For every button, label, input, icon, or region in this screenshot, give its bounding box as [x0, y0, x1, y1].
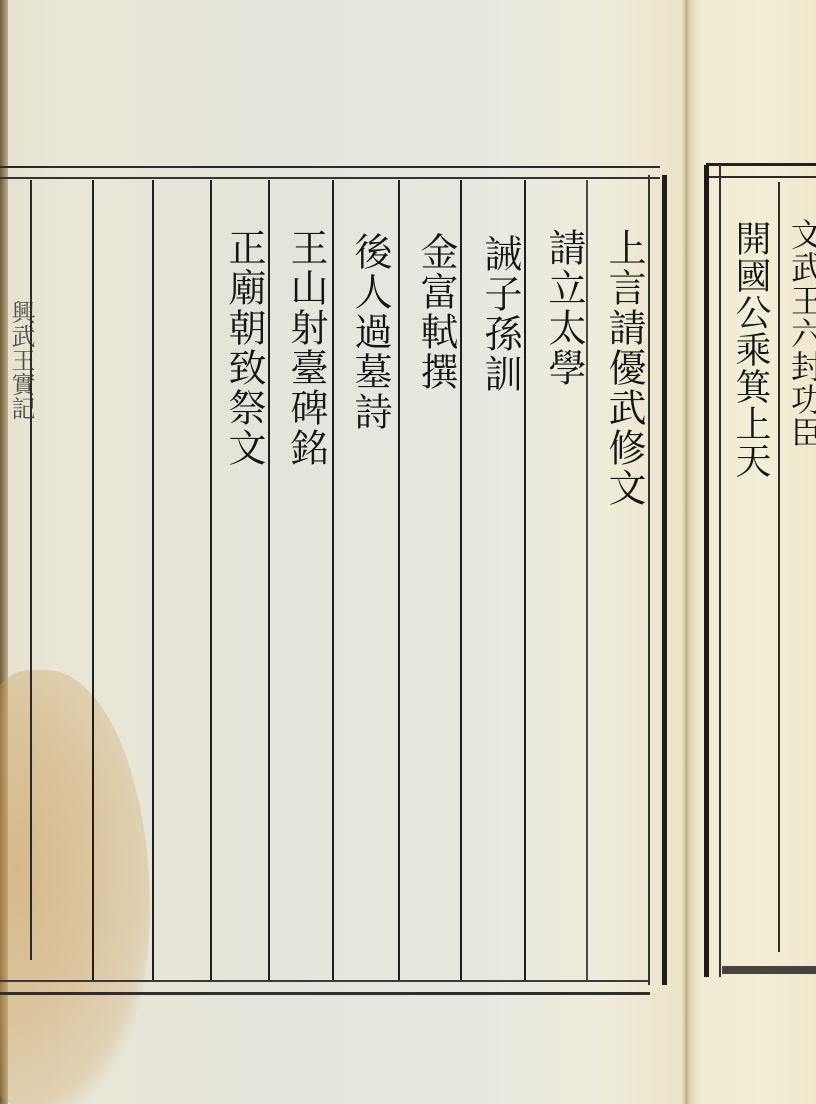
frame-border-bottom — [0, 980, 650, 995]
text-column-2: 請立太學 — [536, 228, 592, 388]
text-column-3: 誡子孫訓 — [472, 234, 528, 394]
text-column-7: 正廟朝致祭文 — [216, 228, 272, 468]
text-column-5: 後人過墓詩 — [342, 232, 398, 432]
fold-margin-rule — [30, 180, 32, 960]
right-text-column-2: 開國公乘箕上天 — [724, 220, 776, 479]
fold-margin-title: 興武王實記 — [6, 300, 36, 420]
right-column-rule — [778, 182, 780, 952]
book-gutter — [682, 0, 690, 1104]
column-rule — [398, 180, 400, 980]
right-frame-bottom — [722, 966, 816, 974]
text-column-4: 金富軾撰 — [408, 232, 464, 392]
right-frame-left — [704, 165, 721, 977]
column-rule — [152, 180, 154, 980]
right-frame-top — [706, 163, 816, 178]
frame-border-top — [0, 166, 660, 179]
text-column-1: 上言請優武修文 — [596, 228, 652, 508]
column-rule — [210, 180, 212, 980]
right-text-column-1: 文武王六封功臣 — [782, 218, 816, 449]
column-rule — [92, 180, 94, 980]
text-column-6: 王山射臺碑銘 — [278, 228, 334, 468]
